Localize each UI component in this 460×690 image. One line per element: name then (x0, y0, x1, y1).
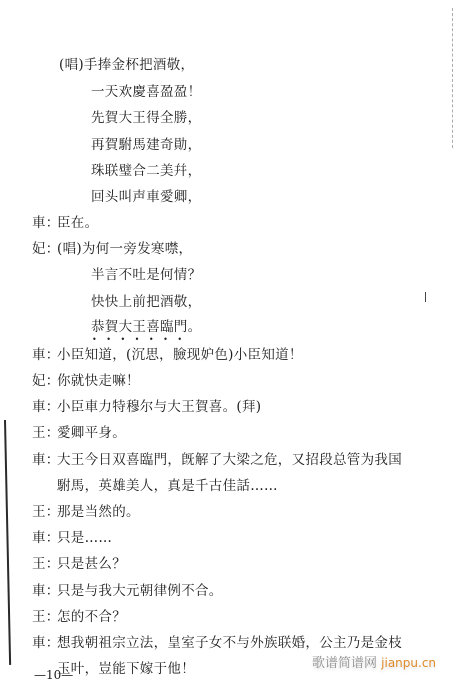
text-line: 恭賀大王喜臨門。 (91, 318, 201, 336)
emphasis-dots: ••••••• (92, 335, 192, 344)
speaker-label: 車： (32, 214, 57, 232)
scanned-page: (唱)手捧金杯把酒敬， 一天欢慶喜盈盈！ 先賀大王得全勝， 再賀駙馬建奇勛， 珠… (0, 0, 460, 690)
dialogue-line: 車：只是…… (32, 529, 112, 547)
dialogue-line: 王：只是甚么？ (32, 555, 126, 573)
dialogue-line: 車：臣在。 (32, 214, 98, 232)
text-line: 回头叫声車愛卿， (91, 188, 201, 206)
text-line: 珠联璧合二美幷， (91, 162, 201, 180)
dialogue-line: 妃：(唱)为何一旁发寒噤， (32, 240, 192, 258)
page-number: —10— (34, 668, 73, 682)
dialogue-line: 車：大王今日双喜臨門，旣解了大梁之危，又招段总管为我国 (32, 451, 402, 469)
speaker-label: 車： (32, 398, 57, 416)
text-line: 玉叶，豈能下嫁于他！ (57, 660, 195, 678)
speaker-label: 王： (32, 424, 57, 442)
dialogue-line: 車：想我朝祖宗立法，皇室子女不与外族联婚，公主乃是金枝 (32, 634, 402, 652)
dialogue-line: 王：那是当然的。 (32, 503, 140, 521)
right-page-edge (452, 8, 454, 148)
speaker-label: 王： (32, 503, 57, 521)
text-line: 快快上前把酒敬， (91, 293, 201, 311)
text-line: (唱)手捧金杯把酒敬， (59, 56, 194, 74)
dialogue-line: 王：愛卿平身。 (32, 424, 126, 442)
watermark-site-name: 歌谱简谱网 (312, 656, 377, 671)
text-line: 先賀大王得全勝， (91, 109, 201, 127)
dialogue-line: 王：怎的不合？ (32, 608, 126, 626)
watermark: 歌谱简谱网 jianpu.cn (312, 652, 436, 671)
dialogue-line: 妃：你就快走嘛！ (32, 372, 140, 390)
stray-mark (425, 292, 426, 302)
speaker-label: 車： (32, 582, 57, 600)
speaker-label: 王： (32, 555, 57, 573)
left-margin-line (4, 420, 11, 665)
speaker-label: 車： (32, 451, 57, 469)
dialogue-line: 車：只是与我大元朝律例不合。 (32, 582, 223, 600)
text-line: 半言不吐是何情？ (91, 266, 201, 284)
text-line: 再賀駙馬建奇勛， (91, 136, 201, 154)
dialogue-line: 車：小臣車力特穆尔与大王賀喜。(拜) (32, 398, 261, 416)
speaker-label: 車： (32, 346, 57, 364)
text-line: 一天欢慶喜盈盈！ (91, 83, 201, 101)
text-line: 駙馬，英雄美人，真是千古佳話…… (57, 477, 278, 495)
speaker-label: 車： (32, 529, 57, 547)
speaker-label: 妃： (32, 240, 57, 258)
dialogue-line: 車：小臣知道，(沉思，臉现妒色)小臣知道！ (32, 346, 303, 364)
speaker-label: 妃： (32, 372, 57, 390)
speaker-label: 王： (32, 608, 57, 626)
watermark-domain: jianpu.cn (381, 656, 436, 670)
speaker-label: 車： (32, 634, 57, 652)
